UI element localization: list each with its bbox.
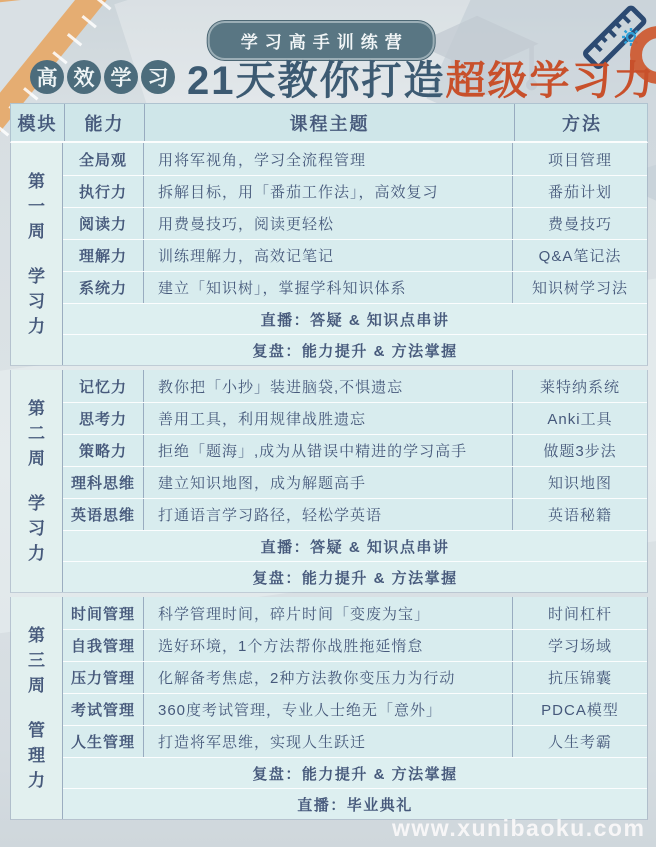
table-header: 模块能力课程主题方法 [10, 103, 648, 143]
table-row: 全局观用将军视角，学习全流程管理项目管理 [63, 143, 647, 175]
column-header-2: 课程主题 [144, 104, 514, 141]
seal-char: 效 [67, 60, 101, 94]
module-char: 二 [28, 421, 45, 446]
column-header-1: 能力 [64, 104, 144, 141]
module-char: 习 [28, 516, 45, 541]
module-char: 一 [28, 194, 45, 219]
method-cell: 莱特纳系统 [512, 370, 647, 402]
topic-cell: 教你把「小抄」装进脑袋,不惧遗忘 [143, 370, 512, 402]
module-label: 管理力 [28, 718, 45, 793]
topic-cell: 拒绝「题海」,成为从错误中精进的学习高手 [143, 435, 512, 466]
ability-cell: 理科思维 [63, 467, 143, 498]
topic-cell: 善用工具，利用规律战胜遗忘 [143, 403, 512, 434]
ability-cell: 英语思维 [63, 499, 143, 530]
module-label: 第二周 [28, 396, 45, 471]
table-row: 策略力拒绝「题海」,成为从错误中精进的学习高手做题3步法 [63, 434, 647, 466]
topic-cell: 化解备考焦虑，2种方法教你变压力为行动 [143, 662, 512, 693]
course-table: 模块能力课程主题方法 第一周学习力全局观用将军视角，学习全流程管理项目管理执行力… [10, 103, 648, 820]
method-cell: 知识树学习法 [512, 272, 647, 303]
topic-cell: 拆解目标，用「番茄工作法」，高效复习 [143, 176, 512, 207]
module-label: 第一周 [28, 169, 45, 244]
title-highlight: 超级学习力 [446, 59, 656, 103]
topic-cell: 360度考试管理，专业人士绝无「意外」 [143, 694, 512, 725]
table-row: 阅读力用费曼技巧，阅读更轻松费曼技巧 [63, 207, 647, 239]
module-char: 周 [28, 219, 45, 244]
table-row: 人生管理打造将军思维，实现人生跃迁人生考霸 [63, 725, 647, 757]
table-row: 英语思维打通语言学习路径，轻松学英语英语秘籍 [63, 498, 647, 530]
module-char: 第 [28, 623, 45, 648]
module-char: 第 [28, 169, 45, 194]
method-cell: 学习场域 [512, 630, 647, 661]
section-footer-row: 直播：答疑 & 知识点串讲 [63, 303, 647, 334]
watermark: www.xunibaoku.com [392, 815, 645, 842]
table-row: 理科思维建立知识地图，成为解题高手知识地图 [63, 466, 647, 498]
module-label: 学习力 [28, 264, 45, 339]
table-body: 第一周学习力全局观用将军视角，学习全流程管理项目管理执行力拆解目标，用「番茄工作… [10, 143, 648, 820]
column-header-3: 方法 [514, 104, 649, 141]
method-cell: 知识地图 [512, 467, 647, 498]
topic-cell: 建立知识地图，成为解题高手 [143, 467, 512, 498]
seal-char: 高 [30, 60, 64, 94]
title-main: 21天教你打造 [187, 59, 446, 103]
section-footer-row: 复盘：能力提升 & 方法掌握 [63, 561, 647, 592]
module-cell: 第二周学习力 [11, 370, 63, 592]
ability-cell: 执行力 [63, 176, 143, 207]
module-char: 力 [28, 768, 45, 793]
seal-char: 习 [141, 60, 175, 94]
method-cell: 人生考霸 [512, 726, 647, 757]
method-cell: 番茄计划 [512, 176, 647, 207]
method-cell: Anki工具 [512, 403, 647, 434]
table-row: 执行力拆解目标，用「番茄工作法」，高效复习番茄计划 [63, 175, 647, 207]
topic-cell: 打通语言学习路径，轻松学英语 [143, 499, 512, 530]
ability-cell: 记忆力 [63, 370, 143, 402]
section-footer-row: 复盘：能力提升 & 方法掌握 [63, 757, 647, 788]
method-cell: 英语秘籍 [512, 499, 647, 530]
section-rows: 时间管理科学管理时间，碎片时间「变废为宝」时间杠杆自我管理选好环境，1个方法帮你… [63, 597, 647, 819]
module-char: 学 [28, 491, 45, 516]
method-cell: Q&A笔记法 [512, 240, 647, 271]
seal-char: 学 [104, 60, 138, 94]
module-char: 管 [28, 718, 45, 743]
page-title: 高效学习 21天教你打造超级学习力 [30, 55, 656, 99]
table-row: 考试管理360度考试管理，专业人士绝无「意外」PDCA模型 [63, 693, 647, 725]
method-cell: 做题3步法 [512, 435, 647, 466]
topic-cell: 建立「知识树」，掌握学科知识体系 [143, 272, 512, 303]
module-cell: 第一周学习力 [11, 143, 63, 365]
ability-cell: 理解力 [63, 240, 143, 271]
week-section: 第二周学习力记忆力教你把「小抄」装进脑袋,不惧遗忘莱特纳系统思考力善用工具，利用… [10, 370, 648, 593]
table-row: 理解力训练理解力，高效记笔记Q&A笔记法 [63, 239, 647, 271]
method-cell: 费曼技巧 [512, 208, 647, 239]
ability-cell: 自我管理 [63, 630, 143, 661]
table-row: 压力管理化解备考焦虑，2种方法教你变压力为行动抗压锦囊 [63, 661, 647, 693]
week-section: 第三周管理力时间管理科学管理时间，碎片时间「变废为宝」时间杠杆自我管理选好环境，… [10, 597, 648, 820]
table-row: 时间管理科学管理时间，碎片时间「变废为宝」时间杠杆 [63, 597, 647, 629]
module-char: 周 [28, 673, 45, 698]
topic-cell: 打造将军思维，实现人生跃迁 [143, 726, 512, 757]
ability-cell: 考试管理 [63, 694, 143, 725]
ability-cell: 阅读力 [63, 208, 143, 239]
topic-cell: 用费曼技巧，阅读更轻松 [143, 208, 512, 239]
ability-cell: 人生管理 [63, 726, 143, 757]
module-char: 力 [28, 541, 45, 566]
method-cell: 项目管理 [512, 143, 647, 175]
method-cell: 时间杠杆 [512, 597, 647, 629]
module-char: 三 [28, 648, 45, 673]
section-footer-row: 直播：答疑 & 知识点串讲 [63, 530, 647, 561]
module-char: 第 [28, 396, 45, 421]
table-row: 系统力建立「知识树」，掌握学科知识体系知识树学习法 [63, 271, 647, 303]
week-section: 第一周学习力全局观用将军视角，学习全流程管理项目管理执行力拆解目标，用「番茄工作… [10, 143, 648, 366]
section-footer-row: 复盘：能力提升 & 方法掌握 [63, 334, 647, 365]
module-label: 第三周 [28, 623, 45, 698]
module-char: 习 [28, 289, 45, 314]
ability-cell: 系统力 [63, 272, 143, 303]
module-char: 学 [28, 264, 45, 289]
topic-cell: 训练理解力，高效记笔记 [143, 240, 512, 271]
topic-cell: 用将军视角，学习全流程管理 [143, 143, 512, 175]
section-rows: 记忆力教你把「小抄」装进脑袋,不惧遗忘莱特纳系统思考力善用工具，利用规律战胜遗忘… [63, 370, 647, 592]
module-cell: 第三周管理力 [11, 597, 63, 819]
table-row: 记忆力教你把「小抄」装进脑袋,不惧遗忘莱特纳系统 [63, 370, 647, 402]
ability-cell: 压力管理 [63, 662, 143, 693]
table-row: 思考力善用工具，利用规律战胜遗忘Anki工具 [63, 402, 647, 434]
ability-cell: 全局观 [63, 143, 143, 175]
section-rows: 全局观用将军视角，学习全流程管理项目管理执行力拆解目标，用「番茄工作法」，高效复… [63, 143, 647, 365]
ability-cell: 时间管理 [63, 597, 143, 629]
module-label: 学习力 [28, 491, 45, 566]
table-row: 自我管理选好环境，1个方法帮你战胜拖延惰怠学习场域 [63, 629, 647, 661]
module-char: 力 [28, 314, 45, 339]
method-cell: PDCA模型 [512, 694, 647, 725]
column-header-0: 模块 [11, 104, 64, 141]
seal-circles: 高效学习 [30, 60, 175, 94]
topic-cell: 科学管理时间，碎片时间「变废为宝」 [143, 597, 512, 629]
main-title: 21天教你打造超级学习力 [187, 49, 656, 106]
method-cell: 抗压锦囊 [512, 662, 647, 693]
ability-cell: 思考力 [63, 403, 143, 434]
ability-cell: 策略力 [63, 435, 143, 466]
module-char: 理 [28, 743, 45, 768]
topic-cell: 选好环境，1个方法帮你战胜拖延惰怠 [143, 630, 512, 661]
module-char: 周 [28, 446, 45, 471]
